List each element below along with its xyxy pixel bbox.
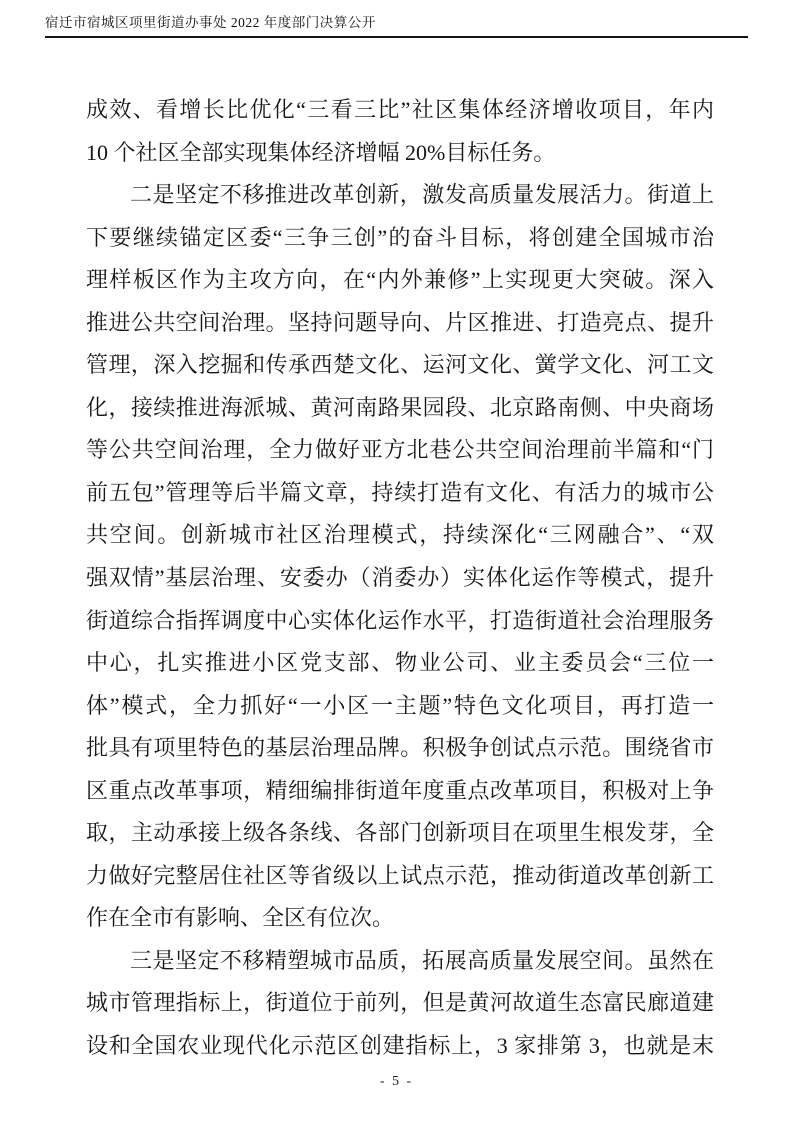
text-line: 设和全国农业现代化示范区创建指标上，3 家排第 3，也就是末: [86, 1025, 714, 1068]
text-line: 等公共空间治理，全力做好亚方北巷公共空间治理前半篇和“门: [86, 429, 714, 472]
text-line: 强双情”基层治理、安委办（消委办）实体化运作等模式，提升: [86, 557, 714, 600]
document-body: 成效、看增长比优化“三看三比”社区集体经济增收项目，年内 10 个社区全部实现集…: [86, 89, 714, 1068]
text-line: 成效、看增长比优化“三看三比”社区集体经济增收项目，年内: [86, 89, 714, 132]
text-line: 力做好完整居住社区等省级以上试点示范，推动街道改革创新工: [86, 855, 714, 898]
text-line: 批具有项里特色的基层治理品牌。积极争创试点示范。围绕省市: [86, 727, 714, 770]
document-page: 宿迁市宿城区项里街道办事处 2022 年度部门决算公开 成效、看增长比优化“三看…: [0, 0, 793, 1122]
text-line: 取，主动承接上级各条线、各部门创新项目在项里生根发芽，全: [86, 812, 714, 855]
text-line: 管理，深入挖掘和传承西楚文化、运河文化、黉学文化、河工文: [86, 344, 714, 387]
text-line: 10 个社区全部实现集体经济增幅 20%目标任务。: [86, 132, 714, 175]
text-line: 二是坚定不移推进改革创新，激发高质量发展活力。街道上: [86, 174, 714, 217]
text-line: 化，接续推进海派城、黄河南路果园段、北京路南侧、中央商场: [86, 387, 714, 430]
page-number: - 5 -: [380, 1074, 413, 1089]
text-line: 前五包”管理等后半篇文章，持续打造有文化、有活力的城市公: [86, 472, 714, 515]
text-line: 城市管理指标上，街道位于前列，但是黄河故道生态富民廊道建: [86, 982, 714, 1025]
text-line: 作在全市有影响、全区有位次。: [86, 897, 714, 940]
text-line: 街道综合指挥调度中心实体化运作水平，打造街道社会治理服务: [86, 600, 714, 643]
text-line: 体”模式，全力抓好“一小区一主题”特色文化项目，再打造一: [86, 685, 714, 728]
text-line: 下要继续锚定区委“三争三创”的奋斗目标，将创建全国城市治: [86, 217, 714, 260]
text-line: 中心，扎实推进小区党支部、物业公司、业主委员会“三位一: [86, 642, 714, 685]
text-line: 理样板区作为主攻方向，在“内外兼修”上实现更大突破。深入: [86, 259, 714, 302]
page-header: 宿迁市宿城区项里街道办事处 2022 年度部门决算公开: [45, 14, 748, 38]
text-line: 推进公共空间治理。坚持问题导向、片区推进、打造亮点、提升: [86, 302, 714, 345]
page-footer: - 5 -: [0, 1074, 793, 1090]
text-line: 共空间。创新城市社区治理模式，持续深化“三网融合”、“双: [86, 514, 714, 557]
header-title: 宿迁市宿城区项里街道办事处 2022 年度部门决算公开: [45, 15, 376, 30]
text-line: 区重点改革事项，精细编排街道年度重点改革项目，积极对上争: [86, 770, 714, 813]
text-line: 三是坚定不移精塑城市品质，拓展高质量发展空间。虽然在: [86, 940, 714, 983]
